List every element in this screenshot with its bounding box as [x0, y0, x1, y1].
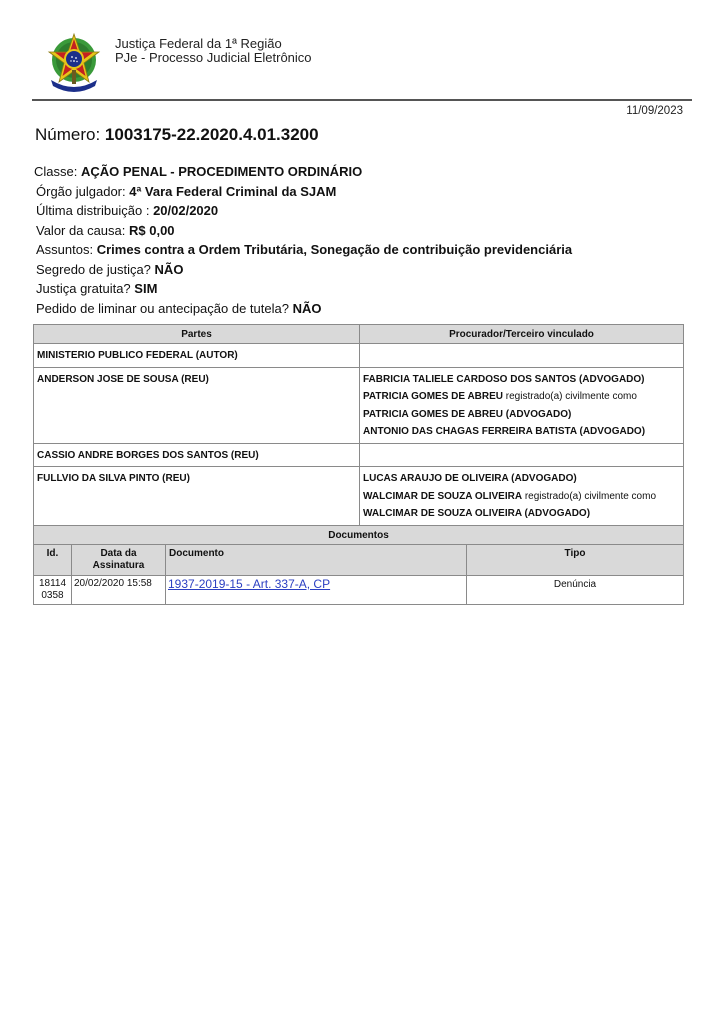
brazil-coat-of-arms-icon — [43, 30, 105, 94]
documento-id: 181140358 — [34, 576, 72, 605]
parte-name: MINISTERIO PUBLICO FEDERAL (AUTOR) — [34, 344, 360, 368]
document-header: Justiça Federal da 1ª Região PJe - Proce… — [40, 28, 690, 100]
header-court-name: Justiça Federal da 1ª Região — [115, 37, 312, 51]
parte-name: FULLVIO DA SILVA PINTO (REU) — [34, 467, 360, 526]
procuradores-cell: FABRICIA TALIELE CARDOSO DOS SANTOS (ADV… — [360, 367, 684, 443]
process-info: Classe: AÇÃO PENAL - PROCEDIMENTO ORDINÁ… — [36, 162, 572, 318]
info-classe: Classe: AÇÃO PENAL - PROCEDIMENTO ORDINÁ… — [34, 162, 572, 182]
partes-row: MINISTERIO PUBLICO FEDERAL (AUTOR) — [34, 344, 684, 368]
partes-row: CASSIO ANDRE BORGES DOS SANTOS (REU) — [34, 443, 684, 467]
documentos-title: Documentos — [34, 526, 684, 545]
partes-row: ANDERSON JOSE DE SOUSA (REU)FABRICIA TAL… — [34, 367, 684, 443]
info-assuntos: Assuntos: Crimes contra a Ordem Tributár… — [36, 240, 572, 260]
header-system-name: PJe - Processo Judicial Eletrônico — [115, 51, 312, 65]
process-number-label: Número: — [35, 125, 100, 144]
procurador-entry: LUCAS ARAUJO DE OLIVEIRA (ADVOGADO) — [363, 470, 680, 488]
parte-name: CASSIO ANDRE BORGES DOS SANTOS (REU) — [34, 443, 360, 467]
col-tipo-header: Tipo — [467, 545, 684, 576]
documento-row: 181140358 20/02/2020 15:58 1937-2019-15 … — [34, 576, 684, 605]
procurador-entry: PATRICIA GOMES DE ABREU registrado(a) ci… — [363, 388, 680, 423]
documento-data-assinatura: 20/02/2020 15:58 — [72, 576, 166, 605]
process-number-value: 1003175-22.2020.4.01.3200 — [105, 125, 319, 144]
documento-link[interactable]: 1937-2019-15 - Art. 337-A, CP — [168, 577, 330, 591]
procurador-entry: ANTONIO DAS CHAGAS FERREIRA BATISTA (ADV… — [363, 423, 680, 441]
info-segredo-justica: Segredo de justiça? NÃO — [36, 260, 572, 280]
documento-tipo: Denúncia — [467, 576, 684, 605]
procurador-entry: FABRICIA TALIELE CARDOSO DOS SANTOS (ADV… — [363, 371, 680, 389]
parte-name: ANDERSON JOSE DE SOUSA (REU) — [34, 367, 360, 443]
partes-table: Partes Procurador/Terceiro vinculado MIN… — [33, 324, 684, 549]
info-justica-gratuita: Justiça gratuita? SIM — [36, 279, 572, 299]
info-ultima-distribuicao: Última distribuição : 20/02/2020 — [36, 201, 572, 221]
info-pedido-liminar: Pedido de liminar ou antecipação de tute… — [36, 299, 572, 319]
procuradores-cell: LUCAS ARAUJO DE OLIVEIRA (ADVOGADO)WALCI… — [360, 467, 684, 526]
procuradores-cell — [360, 443, 684, 467]
partes-header: Partes — [34, 325, 360, 344]
col-id-header: Id. — [34, 545, 72, 576]
print-date: 11/09/2023 — [626, 105, 683, 117]
info-valor-causa: Valor da causa: R$ 0,00 — [36, 221, 572, 241]
procurador-entry: WALCIMAR DE SOUZA OLIVEIRA registrado(a)… — [363, 488, 680, 523]
procuradores-cell — [360, 344, 684, 368]
documento-cell: 1937-2019-15 - Art. 337-A, CP — [166, 576, 467, 605]
partes-row: FULLVIO DA SILVA PINTO (REU)LUCAS ARAUJO… — [34, 467, 684, 526]
documentos-table: Documentos Id. Data da Assinatura Docume… — [33, 525, 684, 605]
procurador-header: Procurador/Terceiro vinculado — [360, 325, 684, 344]
process-number: Número: 1003175-22.2020.4.01.3200 — [35, 125, 319, 145]
header-divider — [32, 99, 692, 101]
info-orgao-julgador: Órgão julgador: 4ª Vara Federal Criminal… — [36, 182, 572, 202]
col-data-header: Data da Assinatura — [72, 545, 166, 576]
col-documento-header: Documento — [166, 545, 467, 576]
